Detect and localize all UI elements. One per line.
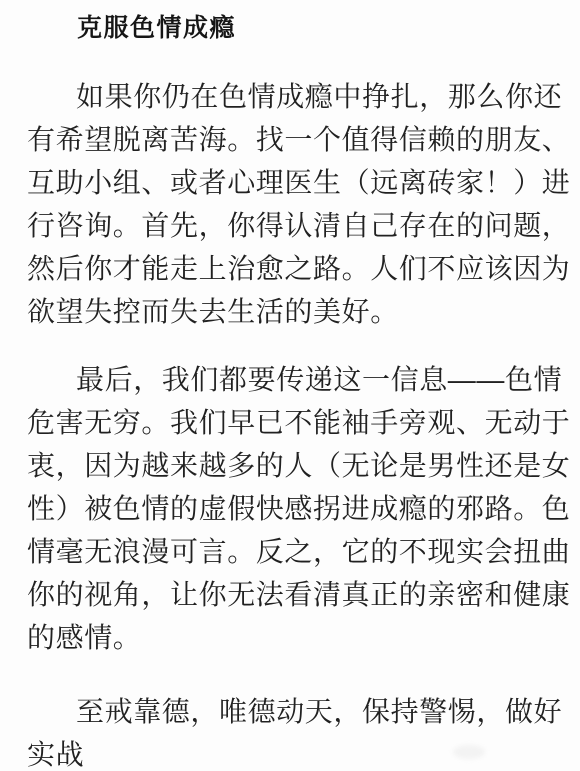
document-page: 克服色情成瘾 如果你仍在色情成瘾中挣扎，那么你还 有希望脱离苦海。找一个值得信赖… xyxy=(0,0,580,771)
page-title: 克服色情成瘾 xyxy=(77,8,236,44)
text-line: 危害无穷。我们早已不能袖手旁观、无动于 xyxy=(27,401,574,444)
text-line: 情毫无浪漫可言。反之，它的不现实会扭曲 xyxy=(27,530,574,573)
paragraph-3: 至戒靠德，唯德动天，保持警惕，做好 实战 xyxy=(27,690,574,771)
text-line: 欲望失控而失去生活的美好。 xyxy=(27,290,574,333)
text-line: 有希望脱离苦海。找一个值得信赖的朋友、 xyxy=(27,118,574,161)
text-line: 性）被色情的虚假快感拐进成瘾的邪路。色 xyxy=(27,487,574,530)
watermark-smudge xyxy=(453,745,485,759)
text-line: 的感情。 xyxy=(27,616,574,659)
paragraph-1: 如果你仍在色情成瘾中挣扎，那么你还 有希望脱离苦海。找一个值得信赖的朋友、 互助… xyxy=(27,75,574,333)
text-line: 如果你仍在色情成瘾中挣扎，那么你还 xyxy=(27,75,574,118)
text-line: 实战 xyxy=(27,733,574,771)
text-line: 你的视角，让你无法看清真正的亲密和健康 xyxy=(27,573,574,616)
paragraph-2: 最后，我们都要传递这一信息——色情 危害无穷。我们早已不能袖手旁观、无动于 衷，… xyxy=(27,358,574,659)
text-line: 最后，我们都要传递这一信息——色情 xyxy=(27,358,574,401)
text-line: 然后你才能走上治愈之路。人们不应该因为 xyxy=(27,247,574,290)
text-line: 互助小组、或者心理医生（远离砖家！）进 xyxy=(27,161,574,204)
text-line: 至戒靠德，唯德动天，保持警惕，做好 xyxy=(27,690,574,733)
text-line: 衷，因为越来越多的人（无论是男性还是女 xyxy=(27,444,574,487)
text-line: 行咨询。首先，你得认清自己存在的问题， xyxy=(27,204,574,247)
